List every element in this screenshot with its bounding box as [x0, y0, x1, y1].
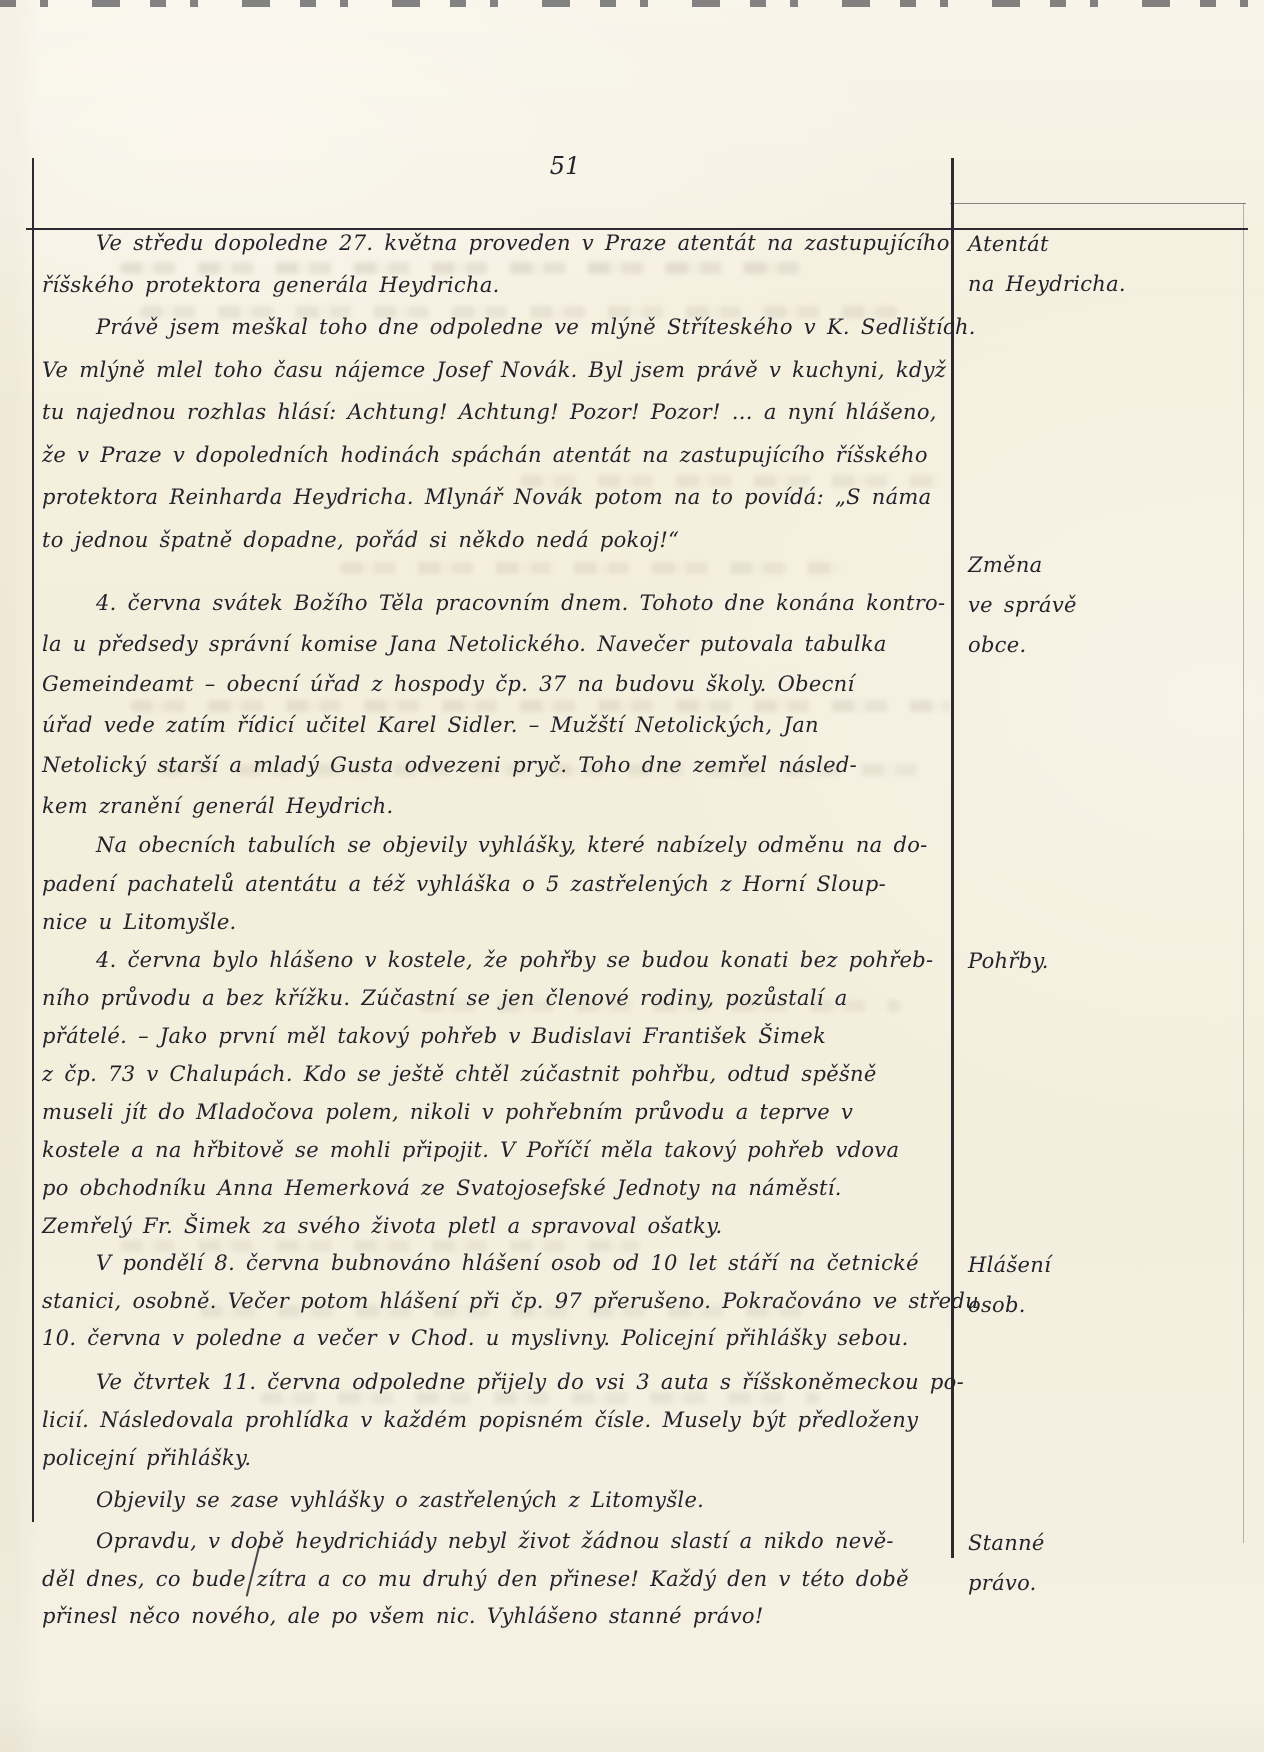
- margin-note-line: Atentát: [968, 224, 1253, 264]
- margin-note-zmena-ve-sprave-obce: Změna ve správě obce.: [968, 545, 1253, 665]
- margin-note-atentat-na-heydricha: Atentát na Heydricha.: [968, 224, 1253, 304]
- handwritten-line: Netolický starší a mladý Gusta odvezeni …: [42, 745, 947, 786]
- handwritten-line: přátelé. – Jako první měl takový pohřeb …: [42, 1017, 947, 1055]
- paragraph-mlyn-rozhlas: Právě jsem meškal toho dne odpoledne ve …: [42, 306, 947, 561]
- handwritten-line: kem zranění generál Heydrich.: [42, 786, 947, 827]
- handwritten-line: úřad vede zatím řídicí učitel Karel Sidl…: [42, 705, 947, 746]
- paragraph-atentat-na-heydricha: Ve středu dopoledne 27. května proveden …: [42, 222, 947, 306]
- handwritten-line: to jednou špatně dopadne, pořád si někdo…: [42, 519, 947, 562]
- handwritten-line: Ve čtvrtek 11. června odpoledne přijely …: [42, 1363, 947, 1401]
- margin-note-line: obce.: [968, 625, 1253, 665]
- handwritten-line: kostele a na hřbitově se mohli připojit.…: [42, 1131, 947, 1169]
- paragraph-hlaseni-osob: V pondělí 8. června bubnováno hlášení os…: [42, 1245, 947, 1358]
- margin-note-line: osob.: [968, 1285, 1253, 1325]
- handwritten-line: licií. Následovala prohlídka v každém po…: [42, 1401, 947, 1439]
- handwritten-line: stanici, osobně. Večer potom hlášení při…: [42, 1283, 947, 1321]
- handwritten-line: Právě jsem meškal toho dne odpoledne ve …: [42, 306, 947, 349]
- margin-note-line: právo.: [968, 1563, 1253, 1603]
- handwritten-line: Ve mlýně mlel toho času nájemce Josef No…: [42, 349, 947, 392]
- scanned-chronicle-page: { "page": { "number": "51", "ink_color":…: [0, 0, 1264, 1752]
- margin-note-line: Stanné: [968, 1523, 1253, 1563]
- handwritten-line: ního průvodu a bez křížku. Zúčastní se j…: [42, 979, 947, 1017]
- handwritten-line: Zemřelý Fr. Šimek za svého života pletl …: [42, 1207, 947, 1245]
- paragraph-stanne-pravo: Opravdu, v době heydrichiády nebyl život…: [42, 1523, 947, 1636]
- handwritten-line: Na obecních tabulích se objevily vyhlášk…: [42, 826, 947, 865]
- handwritten-line: la u předsedy správní komise Jana Netoli…: [42, 624, 947, 665]
- paragraph-vyhlasky-litomysl: Objevily se zase vyhlášky o zastřelených…: [42, 1481, 947, 1519]
- handwritten-line: 4. června svátek Božího Těla pracovním d…: [42, 583, 947, 624]
- margin-note-line: ve správě: [968, 585, 1253, 625]
- scan-edge-artifact: [0, 0, 1264, 7]
- handwritten-line: Ve středu dopoledne 27. května proveden …: [42, 222, 947, 264]
- handwritten-line: padení pachatelů atentátu a též vyhláška…: [42, 865, 947, 904]
- margin-note-line: Pohřby.: [968, 941, 1253, 981]
- margin-note-line: na Heydricha.: [968, 264, 1253, 304]
- margin-note-hlaseni-osob: Hlášení osob.: [968, 1245, 1253, 1325]
- handwritten-line: tu najednou rozhlas hlásí: Achtung! Acht…: [42, 391, 947, 434]
- margin-note-pohrby: Pohřby.: [968, 941, 1253, 981]
- left-margin-rule: [32, 158, 34, 1522]
- handwritten-line: po obchodníku Anna Hemerková ze Svatojos…: [42, 1169, 947, 1207]
- handwritten-line: Gemeindeamt – obecní úřad z hospody čp. …: [42, 664, 947, 705]
- margin-note-line: Hlášení: [968, 1245, 1253, 1285]
- handwritten-line: děl dnes, co bude zítra a co mu druhý de…: [42, 1561, 947, 1599]
- right-edge-rule: [1243, 203, 1244, 1543]
- bleed-through-artifact: [340, 562, 840, 574]
- paragraph-pohrby: 4. června bylo hlášeno v kostele, že poh…: [42, 941, 947, 1245]
- handwritten-line: nice u Litomyšle.: [42, 903, 947, 942]
- margin-notes-separator-rule: [951, 158, 954, 1558]
- paragraph-vyhlasky-odmena: Na obecních tabulích se objevily vyhlášk…: [42, 826, 947, 942]
- margin-note-stanne-pravo: Stanné právo.: [968, 1523, 1253, 1603]
- handwritten-line: že v Praze v dopoledních hodinách spáchá…: [42, 434, 947, 477]
- handwritten-line: V pondělí 8. června bubnováno hlášení os…: [42, 1245, 947, 1283]
- paragraph-zmena-ve-sprave: 4. června svátek Božího Těla pracovním d…: [42, 583, 947, 826]
- handwritten-line: přinesl něco nového, ale po všem nic. Vy…: [42, 1598, 947, 1636]
- handwritten-line: Objevily se zase vyhlášky o zastřelených…: [42, 1481, 947, 1519]
- margin-note-line: Změna: [968, 545, 1253, 585]
- handwritten-line: 10. června v poledne a večer v Chod. u m…: [42, 1320, 947, 1358]
- handwritten-line: z čp. 73 v Chalupách. Kdo se ještě chtěl…: [42, 1055, 947, 1093]
- handwritten-line: policejní přihlášky.: [42, 1439, 947, 1477]
- handwritten-line: protektora Reinharda Heydricha. Mlynář N…: [42, 476, 947, 519]
- top-margin-rule-right: [950, 203, 1246, 204]
- handwritten-line: říšského protektora generála Heydricha.: [42, 264, 947, 306]
- handwritten-line: Opravdu, v době heydrichiády nebyl život…: [42, 1523, 947, 1561]
- handwritten-line: museli jít do Mladočova polem, nikoli v …: [42, 1093, 947, 1131]
- handwritten-line: 4. června bylo hlášeno v kostele, že poh…: [42, 941, 947, 979]
- page-number: 51: [0, 152, 1130, 180]
- paragraph-prohlidka-policie: Ve čtvrtek 11. června odpoledne přijely …: [42, 1363, 947, 1477]
